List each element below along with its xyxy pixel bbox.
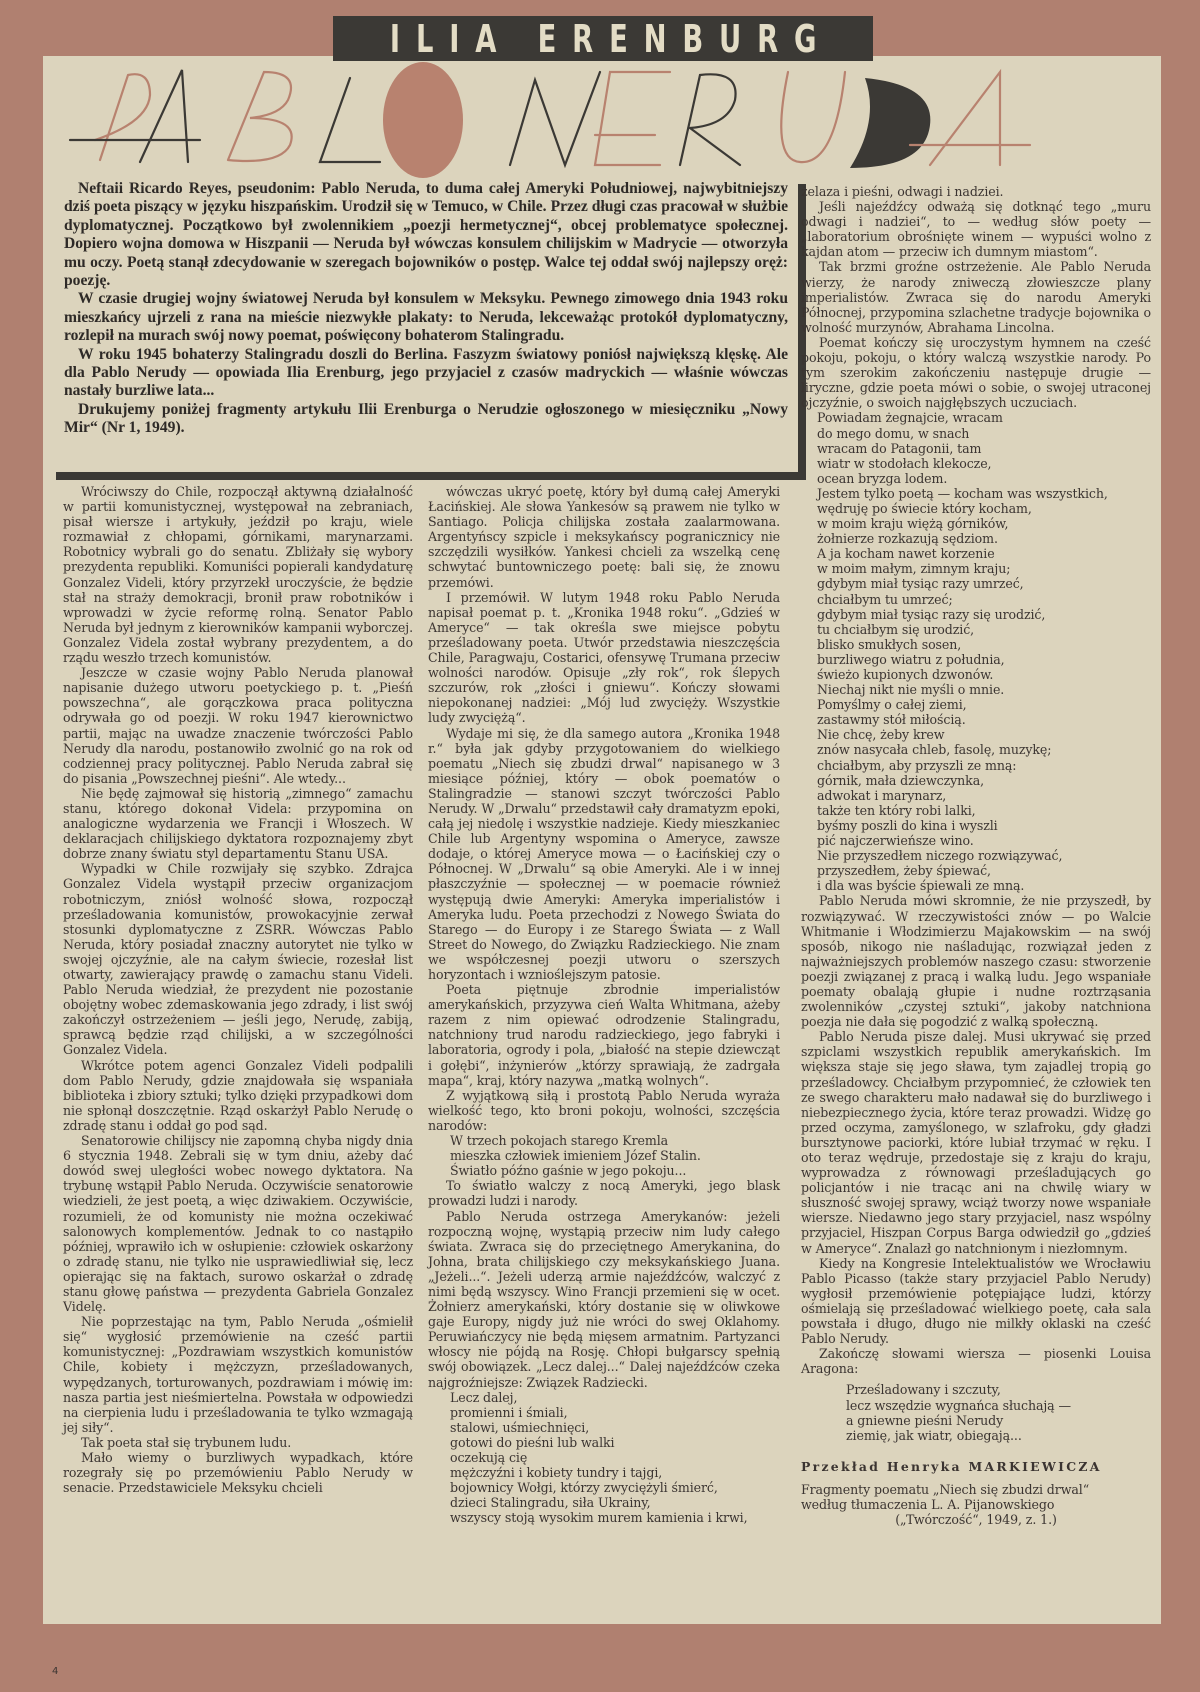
poem-line: w moim kraju więżą górników, (817, 516, 1151, 531)
lead-paragraph: W roku 1945 bohaterzy Stalingradu doszli… (64, 346, 788, 401)
poem-line: Światło późno gaśnie w jego pokoju... (450, 1163, 780, 1178)
paragraph: Z wyjątkową siłą i prostotą Pablo Neruda… (428, 1088, 780, 1133)
poem-line: żołnierze rozkazują sędziom. (817, 531, 1151, 546)
paragraph: Pablo Neruda ostrzega Amerykanów: jeżeli… (428, 1209, 780, 1390)
paragraph: I przemówił. W lutym 1948 roku Pablo Ner… (428, 590, 780, 726)
paragraph: wówczas ukryć poetę, który był dumą całe… (428, 484, 780, 590)
paragraph: To światło walczy z nocą Ameryki, jego b… (428, 1178, 780, 1208)
poem-line: przyszedłem, żeby śpiewać, (817, 863, 1151, 878)
paragraph: Wkrótce potem agenci Gonzalez Videli pod… (63, 1058, 413, 1133)
poem-line: pić najczerwieńsze wino. (817, 833, 1151, 848)
paragraph: Jeśli najeźdźcy odważą się dotknąć tego … (801, 199, 1151, 259)
paragraph: Kiedy na Kongresie Intelektualistów we W… (801, 1256, 1151, 1347)
poem-line: burzliwego wiatru z południa, (817, 652, 1151, 667)
poem-excerpt: Prześladowany i szczuty,lecz wszędzie wy… (801, 1382, 1151, 1442)
poem-line: ziemię, jak wiatr, obiegają... (846, 1428, 1151, 1443)
poem-line: znów nasycała chleb, fasolę, muzykę; (817, 742, 1151, 757)
lead-paragraph: Drukujemy poniżej fragmenty artykułu Ili… (64, 401, 788, 438)
poem-line: wiatr w stodołach klekocze, (817, 456, 1151, 471)
paragraph: Nie będę zajmował się historią „zimnego“… (63, 786, 413, 861)
poem-line: lecz wszędzie wygnańca słuchają — (846, 1398, 1151, 1413)
poem-line: Jestem tylko poetą — kocham was wszystki… (817, 486, 1151, 501)
poem-line: Niechaj nikt nie myśli o mnie. (817, 682, 1151, 697)
poem-excerpt: W trzech pokojach starego Kremlamieszka … (428, 1133, 780, 1178)
poem-line: wracam do Patagonii, tam (817, 441, 1151, 456)
poem-line: stalowi, uśmiechnięci, (450, 1420, 780, 1435)
lead-paragraph: W czasie drugiej wojny światowej Neruda … (64, 290, 788, 345)
poem-line: tu chciałbym się urodzić, (817, 622, 1151, 637)
poem-line: wszyscy stoją wysokim murem kamienia i k… (450, 1510, 780, 1525)
column-1: Wróciwszy do Chile, rozpoczął aktywną dz… (63, 484, 413, 1495)
paragraph: Zakończę słowami wiersza — piosenki Loui… (801, 1346, 1151, 1376)
paragraph: Mało wiemy o burzliwych wypadkach, które… (63, 1450, 413, 1495)
poem-excerpt: Lecz dalej,promienni i śmiali,stalowi, u… (428, 1390, 780, 1526)
paragraph: Senatorowie chilijscy nie zapomną chyba … (63, 1133, 413, 1314)
author-name: ILIA ERENBURG (374, 17, 832, 61)
paragraph: Wypadki w Chile rozwijały się szybko. Zd… (63, 861, 413, 1057)
paragraph: Jeszcze w czasie wojny Pablo Neruda plan… (63, 665, 413, 786)
poem-line: gotowi do pieśni lub walki (450, 1435, 780, 1450)
paragraph: Nie poprzestając na tym, Pablo Neruda „o… (63, 1314, 413, 1435)
poem-line: Lecz dalej, (450, 1390, 780, 1405)
poem-line: także ten który robi lalki, (817, 803, 1151, 818)
lead-intro: Neftaii Ricardo Reyes, pseudonim: Pablo … (64, 180, 788, 438)
paragraph: Wróciwszy do Chile, rozpoczął aktywną dz… (63, 484, 413, 665)
poem-line: gdybym miał tysiąc razy się urodzić, (817, 607, 1151, 622)
column-3: żelaza i pieśni, odwagi i nadziei.Jeśli … (801, 184, 1151, 1527)
translator-credit: Przekład Henryka MARKIEWICZA (801, 1459, 1151, 1474)
footnote-line: („Twórczość“, 1949, z. 1.) (801, 1512, 1151, 1527)
paragraph: Poeta piętnuje zbrodnie imperialistów am… (428, 982, 780, 1088)
poem-line: w moim małym, zimnym kraju; (817, 561, 1151, 576)
paragraph: Pablo Neruda pisze dalej. Musi ukrywać s… (801, 1029, 1151, 1255)
poem-line: górnik, mała dziewczynka, (817, 773, 1151, 788)
poem-line: chciałbym, aby przyszli ze mną: (817, 758, 1151, 773)
poem-excerpt: Powiadam żegnajcie, wracamdo mego domu, … (801, 410, 1151, 893)
poem-line: wędruję po świecie który kocham, (817, 501, 1151, 516)
poem-line: do mego domu, w snach (817, 426, 1151, 441)
poem-line: dzieci Stalingradu, siła Ukrainy, (450, 1495, 780, 1510)
poem-line: i dla was byście śpiewali ze mną. (817, 878, 1151, 893)
poem-line: mieszka człowiek imieniem Józef Stalin. (450, 1148, 780, 1163)
poem-line: Pomyślmy o całej ziemi, (817, 697, 1151, 712)
poem-line: świeżo kupionych dzwonów. (817, 667, 1151, 682)
poem-line: W trzech pokojach starego Kremla (450, 1133, 780, 1148)
paragraph: Pablo Neruda mówi skromnie, że nie przys… (801, 893, 1151, 1029)
poem-line: ocean bryzga lodem. (817, 471, 1151, 486)
column-2: wówczas ukryć poetę, który był dumą całe… (428, 484, 780, 1525)
poem-line: zastawmy stół miłością. (817, 712, 1151, 727)
author-banner: ILIA ERENBURG (333, 16, 873, 61)
poem-line: mężczyźni i kobiety tundry i tajgi, (450, 1465, 780, 1480)
poem-line: A ja kocham nawet korzenie (817, 546, 1151, 561)
poem-line: promienni i śmiali, (450, 1405, 780, 1420)
poem-line: oczekują cię (450, 1450, 780, 1465)
paragraph: Poemat kończy się uroczystym hymnem na c… (801, 335, 1151, 410)
footnote-line: według tłumaczenia L. A. Pijanowskiego (801, 1497, 1151, 1512)
poem-line: Nie chcę, żeby krew (817, 727, 1151, 742)
footnote-line: Fragmenty poematu „Niech się zbudzi drwa… (801, 1482, 1151, 1497)
poem-line: byśmy poszli do kina i wyszli (817, 818, 1151, 833)
source-footnote: Fragmenty poematu „Niech się zbudzi drwa… (801, 1482, 1151, 1527)
paragraph: żelaza i pieśni, odwagi i nadziei. (801, 184, 1151, 199)
decorative-title-pablo-neruda: PABLO NERUDA (0, 60, 1200, 180)
poem-line: blisko smukłych sosen, (817, 637, 1151, 652)
paragraph: Tak brzmi groźne ostrzeżenie. Ale Pablo … (801, 259, 1151, 334)
lead-paragraph: Neftaii Ricardo Reyes, pseudonim: Pablo … (64, 180, 788, 290)
poem-line: chciałbym tu umrzeć; (817, 592, 1151, 607)
paragraph: Wydaje mi się, że dla samego autora „Kro… (428, 726, 780, 983)
paragraph: Tak poeta stał się trybunem ludu. (63, 1435, 413, 1450)
poem-line: adwokat i marynarz, (817, 788, 1151, 803)
poem-line: gdybym miał tysiąc razy umrzeć, (817, 576, 1151, 591)
poem-line: Powiadam żegnajcie, wracam (817, 410, 1151, 425)
poem-line: a gniewne pieśni Nerudy (846, 1413, 1151, 1428)
page-number: 4 (52, 1666, 58, 1677)
poem-line: Nie przyszedłem niczego rozwiązywać, (817, 848, 1151, 863)
poem-line: bojownicy Wołgi, którzy zwyciężyli śmier… (450, 1480, 780, 1495)
poem-line: Prześladowany i szczuty, (846, 1382, 1151, 1397)
